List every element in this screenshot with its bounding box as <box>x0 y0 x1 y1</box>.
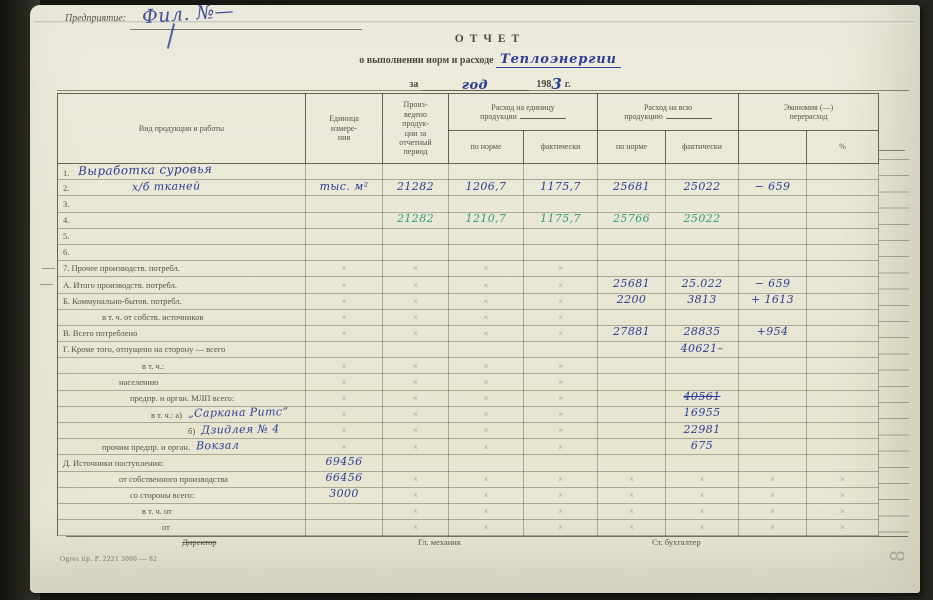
cell-c9 <box>807 358 879 374</box>
cell-c7: 25022 <box>666 180 739 196</box>
subheader-per-norm-1: по норме <box>449 131 524 164</box>
cell-c9 <box>807 228 879 244</box>
not-applicable-x-mark: × <box>558 506 563 516</box>
not-applicable-x-mark: × <box>558 296 563 306</box>
cell-c7: × <box>666 503 739 519</box>
cell-c8 <box>739 455 807 471</box>
cell-c3: × <box>383 277 449 293</box>
not-applicable-x-mark: × <box>840 474 845 484</box>
not-applicable-x-mark: × <box>558 361 563 371</box>
table-header: Вид продукции и работы Единица измере- н… <box>58 94 879 164</box>
cell-c8 <box>739 358 807 374</box>
cell-c3: × <box>383 374 449 390</box>
cell-c5: × <box>524 471 598 487</box>
not-applicable-x-mark: × <box>342 312 347 322</box>
cell-c6 <box>598 390 666 406</box>
cell-c6 <box>598 406 666 422</box>
table-row: б)Дзидлея № 4××××22981 <box>58 423 879 439</box>
cell-c3: × <box>383 503 449 519</box>
row-label: от <box>58 520 306 536</box>
not-applicable-x-mark: × <box>342 442 347 452</box>
cell-c5: × <box>524 261 598 277</box>
cell-c6 <box>598 244 666 260</box>
cell-c4: × <box>449 293 524 309</box>
cell-c5: × <box>524 439 598 455</box>
not-applicable-x-mark: × <box>484 442 489 452</box>
cell-c8 <box>739 309 807 325</box>
subheader-actual-1: фактически <box>524 131 598 164</box>
cell-c4: 1210,7 <box>449 212 524 228</box>
cell-c5: × <box>524 325 598 341</box>
cell-c9: × <box>807 487 879 503</box>
cell-c6 <box>598 455 666 471</box>
cell-c4 <box>449 164 524 180</box>
not-applicable-x-mark: × <box>484 409 489 419</box>
row-label-text: 7. Прочее производств. потребл. <box>63 263 180 273</box>
handwritten-value: 16955 <box>684 407 721 418</box>
cell-c8 <box>739 261 807 277</box>
table-row: в т. ч.:×××× <box>58 358 879 374</box>
row-label: Б. Коммунально-бытов. потребл. <box>58 293 306 309</box>
cell-c2 <box>306 228 383 244</box>
cell-c2 <box>306 503 383 519</box>
cell-c2: 69456 <box>306 455 383 471</box>
not-applicable-x-mark: × <box>413 522 418 532</box>
handwritten-value: 21282 <box>397 181 434 192</box>
enterprise-label: Предприятие: <box>65 13 126 24</box>
cell-c2 <box>306 342 383 358</box>
cell-c7: × <box>666 487 739 503</box>
row-label-text: предпр. и орган. МЛП всего: <box>130 393 234 403</box>
not-applicable-x-mark: × <box>629 474 634 484</box>
row-label-text: Д. Источники поступления: <box>63 458 163 468</box>
cell-c8: − 659 <box>739 277 807 293</box>
cell-c2: × <box>306 390 383 406</box>
cell-c2: тыс. м² <box>306 180 383 196</box>
cell-c5 <box>524 455 598 471</box>
cell-c7 <box>666 261 739 277</box>
report-subtitle: о выполнении норм и расходе Теплоэнергии <box>150 52 830 67</box>
not-applicable-x-mark: × <box>484 263 489 273</box>
row-line-overrun-ticks <box>879 159 909 533</box>
cell-c5 <box>524 228 598 244</box>
cell-c6: 25681 <box>598 180 666 196</box>
col-header-product-type: Вид продукции и работы <box>58 94 306 164</box>
cell-c8: × <box>739 487 807 503</box>
handwritten-value: 25022 <box>684 181 721 192</box>
cell-c7 <box>666 244 739 260</box>
cell-c8 <box>739 423 807 439</box>
not-applicable-x-mark: × <box>484 474 489 484</box>
title-block: ОТЧЕТ о выполнении норм и расходе Теплоэ… <box>150 33 830 91</box>
not-applicable-x-mark: × <box>413 280 418 290</box>
table-row: от××××××× <box>58 520 879 536</box>
row-label-text: прочим предпр. и орган. <box>102 442 190 452</box>
cell-c9: × <box>807 471 879 487</box>
cell-c5: × <box>524 374 598 390</box>
scanned-report-form: { "page": { "enterprise_label": "Предпри… <box>0 0 933 600</box>
cell-c9 <box>807 212 879 228</box>
handwritten-value: 25681 <box>613 278 650 289</box>
cell-c3: × <box>383 471 449 487</box>
not-applicable-x-mark: × <box>342 263 347 273</box>
not-applicable-x-mark: × <box>342 393 347 403</box>
not-applicable-x-mark: × <box>840 506 845 516</box>
margin-tick-1 <box>42 268 55 269</box>
row-label: населению <box>58 374 306 390</box>
enterprise-underline <box>130 29 362 30</box>
cell-c9 <box>807 180 879 196</box>
row-label-text: В. Всего потреблено <box>63 328 137 338</box>
cell-c9 <box>807 342 879 358</box>
row-label-text: от собственного производства <box>119 474 228 484</box>
row-label-text: Б. Коммунально-бытов. потребл. <box>63 296 182 306</box>
not-applicable-x-mark: × <box>413 393 418 403</box>
handwritten-value: + 1613 <box>751 294 794 305</box>
cell-c7: 25022 <box>666 212 739 228</box>
row-number: 1. <box>63 168 69 178</box>
not-applicable-x-mark: × <box>770 506 775 516</box>
cell-c6 <box>598 374 666 390</box>
handwritten-value: 69456 <box>326 456 363 467</box>
handwritten-value: 1175,7 <box>540 181 581 192</box>
cell-c8 <box>739 374 807 390</box>
table-row: в т. ч. от собств. источников×××× <box>58 309 879 325</box>
cell-c6 <box>598 439 666 455</box>
not-applicable-x-mark: × <box>558 474 563 484</box>
handwritten-value: 1175,7 <box>540 213 581 224</box>
cell-c9: × <box>807 520 879 536</box>
cell-c4: × <box>449 503 524 519</box>
header-line-overrun-tick <box>879 150 905 151</box>
col-header-economy-overrun: Экономия (—) перерасход <box>739 94 879 131</box>
cell-c5: × <box>524 520 598 536</box>
cell-c4 <box>449 342 524 358</box>
cell-c3 <box>383 164 449 180</box>
cell-c3: × <box>383 309 449 325</box>
table-row: 5. <box>58 228 879 244</box>
header-blank-line <box>520 118 566 119</box>
not-applicable-x-mark: × <box>629 522 634 532</box>
cell-c6 <box>598 309 666 325</box>
cell-c9 <box>807 261 879 277</box>
cell-c7 <box>666 455 739 471</box>
cell-c2: × <box>306 293 383 309</box>
cell-c3: × <box>383 261 449 277</box>
not-applicable-x-mark: × <box>484 280 489 290</box>
cell-c7: 28835 <box>666 325 739 341</box>
table-row: 1.Выработка суровья <box>58 164 879 180</box>
row-label-text: в т. ч.: <box>142 361 164 371</box>
not-applicable-x-mark: × <box>770 474 775 484</box>
cell-c2: × <box>306 358 383 374</box>
row-label-text: от <box>162 522 170 532</box>
row-handwritten-text: „Саркана Ритс“ <box>188 407 289 420</box>
not-applicable-x-mark: × <box>342 328 347 338</box>
cell-c4: × <box>449 487 524 503</box>
cell-c7: 40621– <box>666 342 739 358</box>
not-applicable-x-mark: × <box>700 490 705 500</box>
table-row: в т. ч.: а)„Саркана Ритс“××××16955 <box>58 406 879 422</box>
handwritten-value: 40621– <box>681 343 724 354</box>
not-applicable-x-mark: × <box>558 377 563 387</box>
cell-c2: × <box>306 439 383 455</box>
cell-c2 <box>306 520 383 536</box>
not-applicable-x-mark: × <box>413 474 418 484</box>
not-applicable-x-mark: × <box>558 425 563 435</box>
row-label: 3. <box>58 196 306 212</box>
cell-c6: 27881 <box>598 325 666 341</box>
cell-c4 <box>449 196 524 212</box>
not-applicable-x-mark: × <box>629 490 634 500</box>
table-row: прочим предпр. и орган.Вокзал××××675 <box>58 439 879 455</box>
cell-c2 <box>306 212 383 228</box>
not-applicable-x-mark: × <box>413 409 418 419</box>
cell-c6: 2200 <box>598 293 666 309</box>
period-blank: год <box>421 75 529 91</box>
row-handwritten-text: Вокзал <box>196 439 239 451</box>
cell-c9 <box>807 277 879 293</box>
year-printed: 198 <box>536 79 551 90</box>
not-applicable-x-mark: × <box>700 474 705 484</box>
handwritten-value: 25766 <box>613 213 650 224</box>
table-row: Д. Источники поступления:69456 <box>58 455 879 471</box>
cell-c8 <box>739 196 807 212</box>
signature-senior-accountant: Ст. бухгалтер <box>652 537 701 547</box>
cell-c3: × <box>383 358 449 374</box>
year-suffix: г. <box>565 79 571 90</box>
table-row: 6. <box>58 244 879 260</box>
handwritten-value: 40561 <box>684 391 721 402</box>
cell-c3: × <box>383 520 449 536</box>
handwritten-value: 28835 <box>684 326 721 337</box>
cell-c3: × <box>383 293 449 309</box>
cell-c2 <box>306 196 383 212</box>
cell-c3: × <box>383 439 449 455</box>
cell-c9 <box>807 439 879 455</box>
cell-c5: × <box>524 309 598 325</box>
not-applicable-x-mark: × <box>484 312 489 322</box>
cell-c5 <box>524 196 598 212</box>
table-row: А. Итого производств. потребл.××××256812… <box>58 277 879 293</box>
table-row: от собственного производства66456××××××× <box>58 471 879 487</box>
not-applicable-x-mark: × <box>484 328 489 338</box>
cell-c8: − 659 <box>739 180 807 196</box>
col-header-consumption-total: Расход на всю продукцию <box>598 94 739 131</box>
not-applicable-x-mark: × <box>558 522 563 532</box>
cell-c5 <box>524 164 598 180</box>
report-title: ОТЧЕТ <box>150 33 830 45</box>
cell-c8 <box>739 212 807 228</box>
cell-c4: × <box>449 309 524 325</box>
signature-chief-mechanic: Гл. механик <box>418 537 461 547</box>
cell-c8: × <box>739 520 807 536</box>
table-row: в т. ч. от××××××× <box>58 503 879 519</box>
cell-c3: 21282 <box>383 180 449 196</box>
cell-c7: 25.022 <box>666 277 739 293</box>
cell-c7: 16955 <box>666 406 739 422</box>
cell-c9: × <box>807 503 879 519</box>
cell-c3: × <box>383 406 449 422</box>
row-label-text: А. Итого производств. потребл. <box>63 280 177 290</box>
cell-c2: × <box>306 277 383 293</box>
handwritten-value: 25022 <box>684 213 721 224</box>
not-applicable-x-mark: × <box>342 377 347 387</box>
not-applicable-x-mark: × <box>484 506 489 516</box>
row-handwritten-text: Дзидлея № 4 <box>201 423 280 435</box>
cell-c9 <box>807 164 879 180</box>
cell-c4: × <box>449 406 524 422</box>
row-label: Г. Кроме того, отпущено на сторону — все… <box>58 342 306 358</box>
handwritten-value: +954 <box>757 326 789 337</box>
not-applicable-x-mark: × <box>558 393 563 403</box>
row-label-text: Г. Кроме того, отпущено на сторону — все… <box>63 344 225 354</box>
not-applicable-x-mark: × <box>700 506 705 516</box>
cell-c7: 675 <box>666 439 739 455</box>
not-applicable-x-mark: × <box>413 361 418 371</box>
cell-c5: × <box>524 487 598 503</box>
cell-c3: 21282 <box>383 212 449 228</box>
not-applicable-x-mark: × <box>413 312 418 322</box>
not-applicable-x-mark: × <box>413 490 418 500</box>
handwritten-value: 1210,7 <box>466 213 507 224</box>
row-label: в т. ч. от собств. источников <box>58 309 306 325</box>
not-applicable-x-mark: × <box>558 328 563 338</box>
subheader-per-norm-2: по норме <box>598 131 666 164</box>
row-label: В. Всего потреблено <box>58 325 306 341</box>
not-applicable-x-mark: × <box>629 506 634 516</box>
handwritten-value: 66456 <box>326 472 363 483</box>
cell-c9 <box>807 406 879 422</box>
cell-c3 <box>383 244 449 260</box>
cell-c3: × <box>383 423 449 439</box>
cell-c4: × <box>449 423 524 439</box>
cell-c5: × <box>524 277 598 293</box>
table-row: предпр. и орган. МЛП всего:××××40561 <box>58 390 879 406</box>
not-applicable-x-mark: × <box>558 409 563 419</box>
table-row: 3. <box>58 196 879 212</box>
handwritten-value: 21282 <box>397 213 434 224</box>
not-applicable-x-mark: × <box>413 328 418 338</box>
row-number: 4. <box>63 215 69 225</box>
cell-c7: 40561 <box>666 390 739 406</box>
table-row: 2.х/б тканейтыс. м²212821206,71175,72568… <box>58 180 879 196</box>
row-label-text: в т. ч. от <box>142 506 172 516</box>
handwritten-value: 1206,7 <box>466 181 507 192</box>
cell-c2: 3000 <box>306 487 383 503</box>
row-handwritten-text: х/б тканей <box>132 180 201 192</box>
not-applicable-x-mark: × <box>558 280 563 290</box>
cell-c8 <box>739 439 807 455</box>
cell-c9 <box>807 374 879 390</box>
report-page: Предприятие: Фил. №— ОТЧЕТ о выполнении … <box>30 5 920 593</box>
not-applicable-x-mark: × <box>558 263 563 273</box>
cell-c8: + 1613 <box>739 293 807 309</box>
row-label-text: в т. ч.: а) <box>151 410 182 420</box>
not-applicable-x-mark: × <box>558 490 563 500</box>
not-applicable-x-mark: × <box>558 312 563 322</box>
cell-c5: 1175,7 <box>524 180 598 196</box>
cell-c2 <box>306 164 383 180</box>
cell-c4: × <box>449 471 524 487</box>
cell-c2: × <box>306 261 383 277</box>
subheader-percent: % <box>807 131 879 164</box>
row-label-text: со стороны всего: <box>130 490 194 500</box>
row-label: 7. Прочее производств. потребл. <box>58 261 306 277</box>
print-house-code: Ogres tip. P. 2221 3000 — 82 <box>60 555 157 563</box>
corner-pencil-mark: 8 <box>887 550 909 563</box>
row-number: 3. <box>63 199 69 209</box>
cell-c3: × <box>383 390 449 406</box>
cell-c3: × <box>383 487 449 503</box>
cell-c8 <box>739 228 807 244</box>
row-label: А. Итого производств. потребл. <box>58 277 306 293</box>
col-header-consumption-per-unit: Расход на единицу продукции <box>449 94 598 131</box>
cell-c7 <box>666 164 739 180</box>
row-label: в т. ч.: <box>58 358 306 374</box>
cell-c8 <box>739 342 807 358</box>
cell-c8: × <box>739 471 807 487</box>
row-label: Д. Источники поступления: <box>58 455 306 471</box>
subject-handwritten: Теплоэнергии <box>496 52 621 68</box>
table-row: 7. Прочее производств. потребл.×××× <box>58 261 879 277</box>
cell-c6: × <box>598 487 666 503</box>
row-label: 1.Выработка суровья <box>58 164 306 180</box>
not-applicable-x-mark: × <box>342 280 347 290</box>
cell-c6 <box>598 228 666 244</box>
table-row: со стороны всего:3000××××××× <box>58 487 879 503</box>
not-applicable-x-mark: × <box>840 522 845 532</box>
row-number: 6. <box>63 247 69 257</box>
cell-c8 <box>739 164 807 180</box>
handwritten-value: тыс. м² <box>320 181 369 192</box>
col-header-produced: Произ- ведено продук- ции за отчетный пе… <box>383 94 449 164</box>
handwritten-value: 25.022 <box>682 278 723 289</box>
row-label-text: б) <box>188 426 195 436</box>
cell-c6 <box>598 164 666 180</box>
cell-c6 <box>598 342 666 358</box>
row-label: прочим предпр. и орган.Вокзал <box>58 439 306 455</box>
cell-c9 <box>807 455 879 471</box>
cell-c7 <box>666 196 739 212</box>
row-label-text: населению <box>119 377 158 387</box>
cell-c5: × <box>524 390 598 406</box>
cell-c7: 22981 <box>666 423 739 439</box>
table-body: 1.Выработка суровья2.х/б тканейтыс. м²21… <box>58 164 879 536</box>
cell-c4: 1206,7 <box>449 180 524 196</box>
cell-c6: 25766 <box>598 212 666 228</box>
not-applicable-x-mark: × <box>413 296 418 306</box>
row-label: предпр. и орган. МЛП всего: <box>58 390 306 406</box>
handwritten-value: 22981 <box>684 424 721 435</box>
row-label: 5. <box>58 228 306 244</box>
not-applicable-x-mark: × <box>484 425 489 435</box>
not-applicable-x-mark: × <box>342 409 347 419</box>
not-applicable-x-mark: × <box>484 490 489 500</box>
cell-c4: × <box>449 439 524 455</box>
cell-c5: × <box>524 358 598 374</box>
cell-c5 <box>524 342 598 358</box>
cell-c4 <box>449 244 524 260</box>
cell-c4 <box>449 228 524 244</box>
handwritten-value: 25681 <box>613 181 650 192</box>
handwritten-value: − 659 <box>755 181 791 192</box>
cell-c7: × <box>666 471 739 487</box>
cell-c8 <box>739 406 807 422</box>
cell-c6: × <box>598 503 666 519</box>
handwritten-value: − 659 <box>755 278 791 289</box>
cell-c9 <box>807 293 879 309</box>
